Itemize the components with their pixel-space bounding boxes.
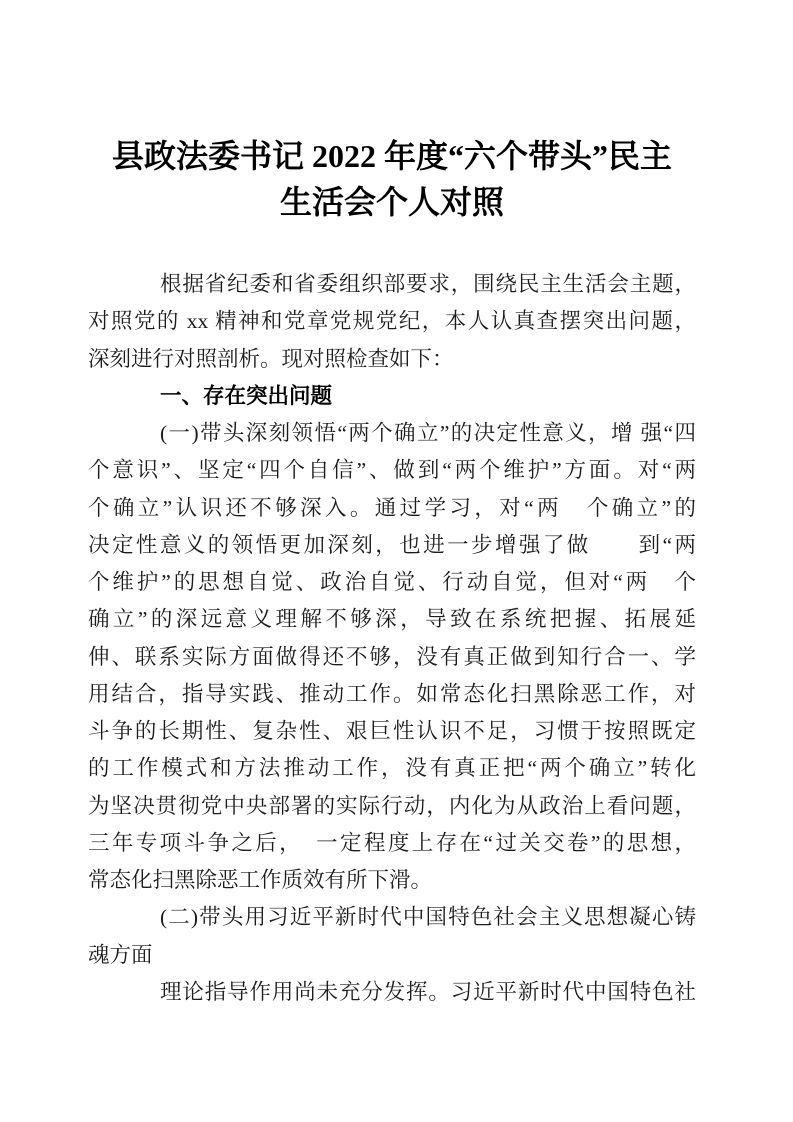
text-line: (二)带头用习近平新时代中国特色社会主义思想凝心铸 bbox=[88, 899, 696, 936]
text-line: 用结合，指导实践、推动工作。如常态化扫黑除恶工作，对 bbox=[88, 676, 696, 713]
text-line: 常态化扫黑除恶工作质效有所下滑。 bbox=[88, 862, 696, 899]
paragraph-block: (一)带头深刻领悟“两个确立”的决定性意义，增 强“四个意识”、坚定“四个自信”… bbox=[88, 415, 696, 899]
document-page: 县政法委书记 2022 年度“六个带头”民主生活会个人对照 根据省纪委和省委组织… bbox=[0, 0, 793, 1122]
text-line: (一)带头深刻领悟“两个确立”的决定性意义，增 强“四 bbox=[88, 415, 696, 452]
paragraph-block: 理论指导作用尚未充分发挥。习近平新时代中国特色社 bbox=[88, 974, 696, 1011]
document-title-line: 生活会个人对照 bbox=[88, 179, 696, 225]
paragraph-block: 根据省纪委和省委组织部要求，围绕民主生活会主题，对照党的 xx 精神和党章党规党… bbox=[88, 266, 696, 378]
text-line: 伸、联系实际方面做得还不够，没有真正做到知行合一、学 bbox=[88, 639, 696, 676]
text-line: 个确立”认识还不够深入。通过学习，对“两 个确立”的 bbox=[88, 490, 696, 527]
text-line: 斗争的长期性、复杂性、艰巨性认识不足，习惯于按照既定 bbox=[88, 713, 696, 750]
document-title-line: 县政法委书记 2022 年度“六个带头”民主 bbox=[88, 133, 696, 179]
document-title: 县政法委书记 2022 年度“六个带头”民主生活会个人对照 bbox=[88, 133, 696, 225]
text-line: 的工作模式和方法推动工作，没有真正把“两个确立”转化 bbox=[88, 750, 696, 787]
text-line: 个意识”、坚定“四个自信”、做到“两个维护”方面。对“两 bbox=[88, 452, 696, 489]
text-line: 理论指导作用尚未充分发挥。习近平新时代中国特色社 bbox=[88, 974, 696, 1011]
text-line: 决定性意义的领悟更加深刻，也进一步增强了做 到“两 bbox=[88, 527, 696, 564]
text-line: 个维护”的思想自觉、政治自觉、行动自觉，但对“两 个 bbox=[88, 564, 696, 601]
text-line: 为坚决贯彻党中央部署的实际行动，内化为从政治上看问题， bbox=[88, 788, 696, 825]
text-line: 深刻进行对照剖析。现对照检查如下： bbox=[88, 341, 696, 378]
document-body: 根据省纪委和省委组织部要求，围绕民主生活会主题，对照党的 xx 精神和党章党规党… bbox=[88, 266, 696, 1011]
text-line: 根据省纪委和省委组织部要求，围绕民主生活会主题， bbox=[88, 266, 696, 303]
text-line: 对照党的 xx 精神和党章党规党纪，本人认真查摆突出问题， bbox=[88, 303, 696, 340]
section-heading-line: 一、存在突出问题 bbox=[88, 378, 696, 415]
text-line: 三年专项斗争之后， 一定程度上存在“过关交卷”的思想， bbox=[88, 825, 696, 862]
paragraph-block: (二)带头用习近平新时代中国特色社会主义思想凝心铸魂方面 bbox=[88, 899, 696, 974]
text-line: 确立”的深远意义理解不够深，导致在系统把握、拓展延 bbox=[88, 601, 696, 638]
text-line: 魂方面 bbox=[88, 937, 696, 974]
section-heading: 一、存在突出问题 bbox=[88, 378, 696, 415]
